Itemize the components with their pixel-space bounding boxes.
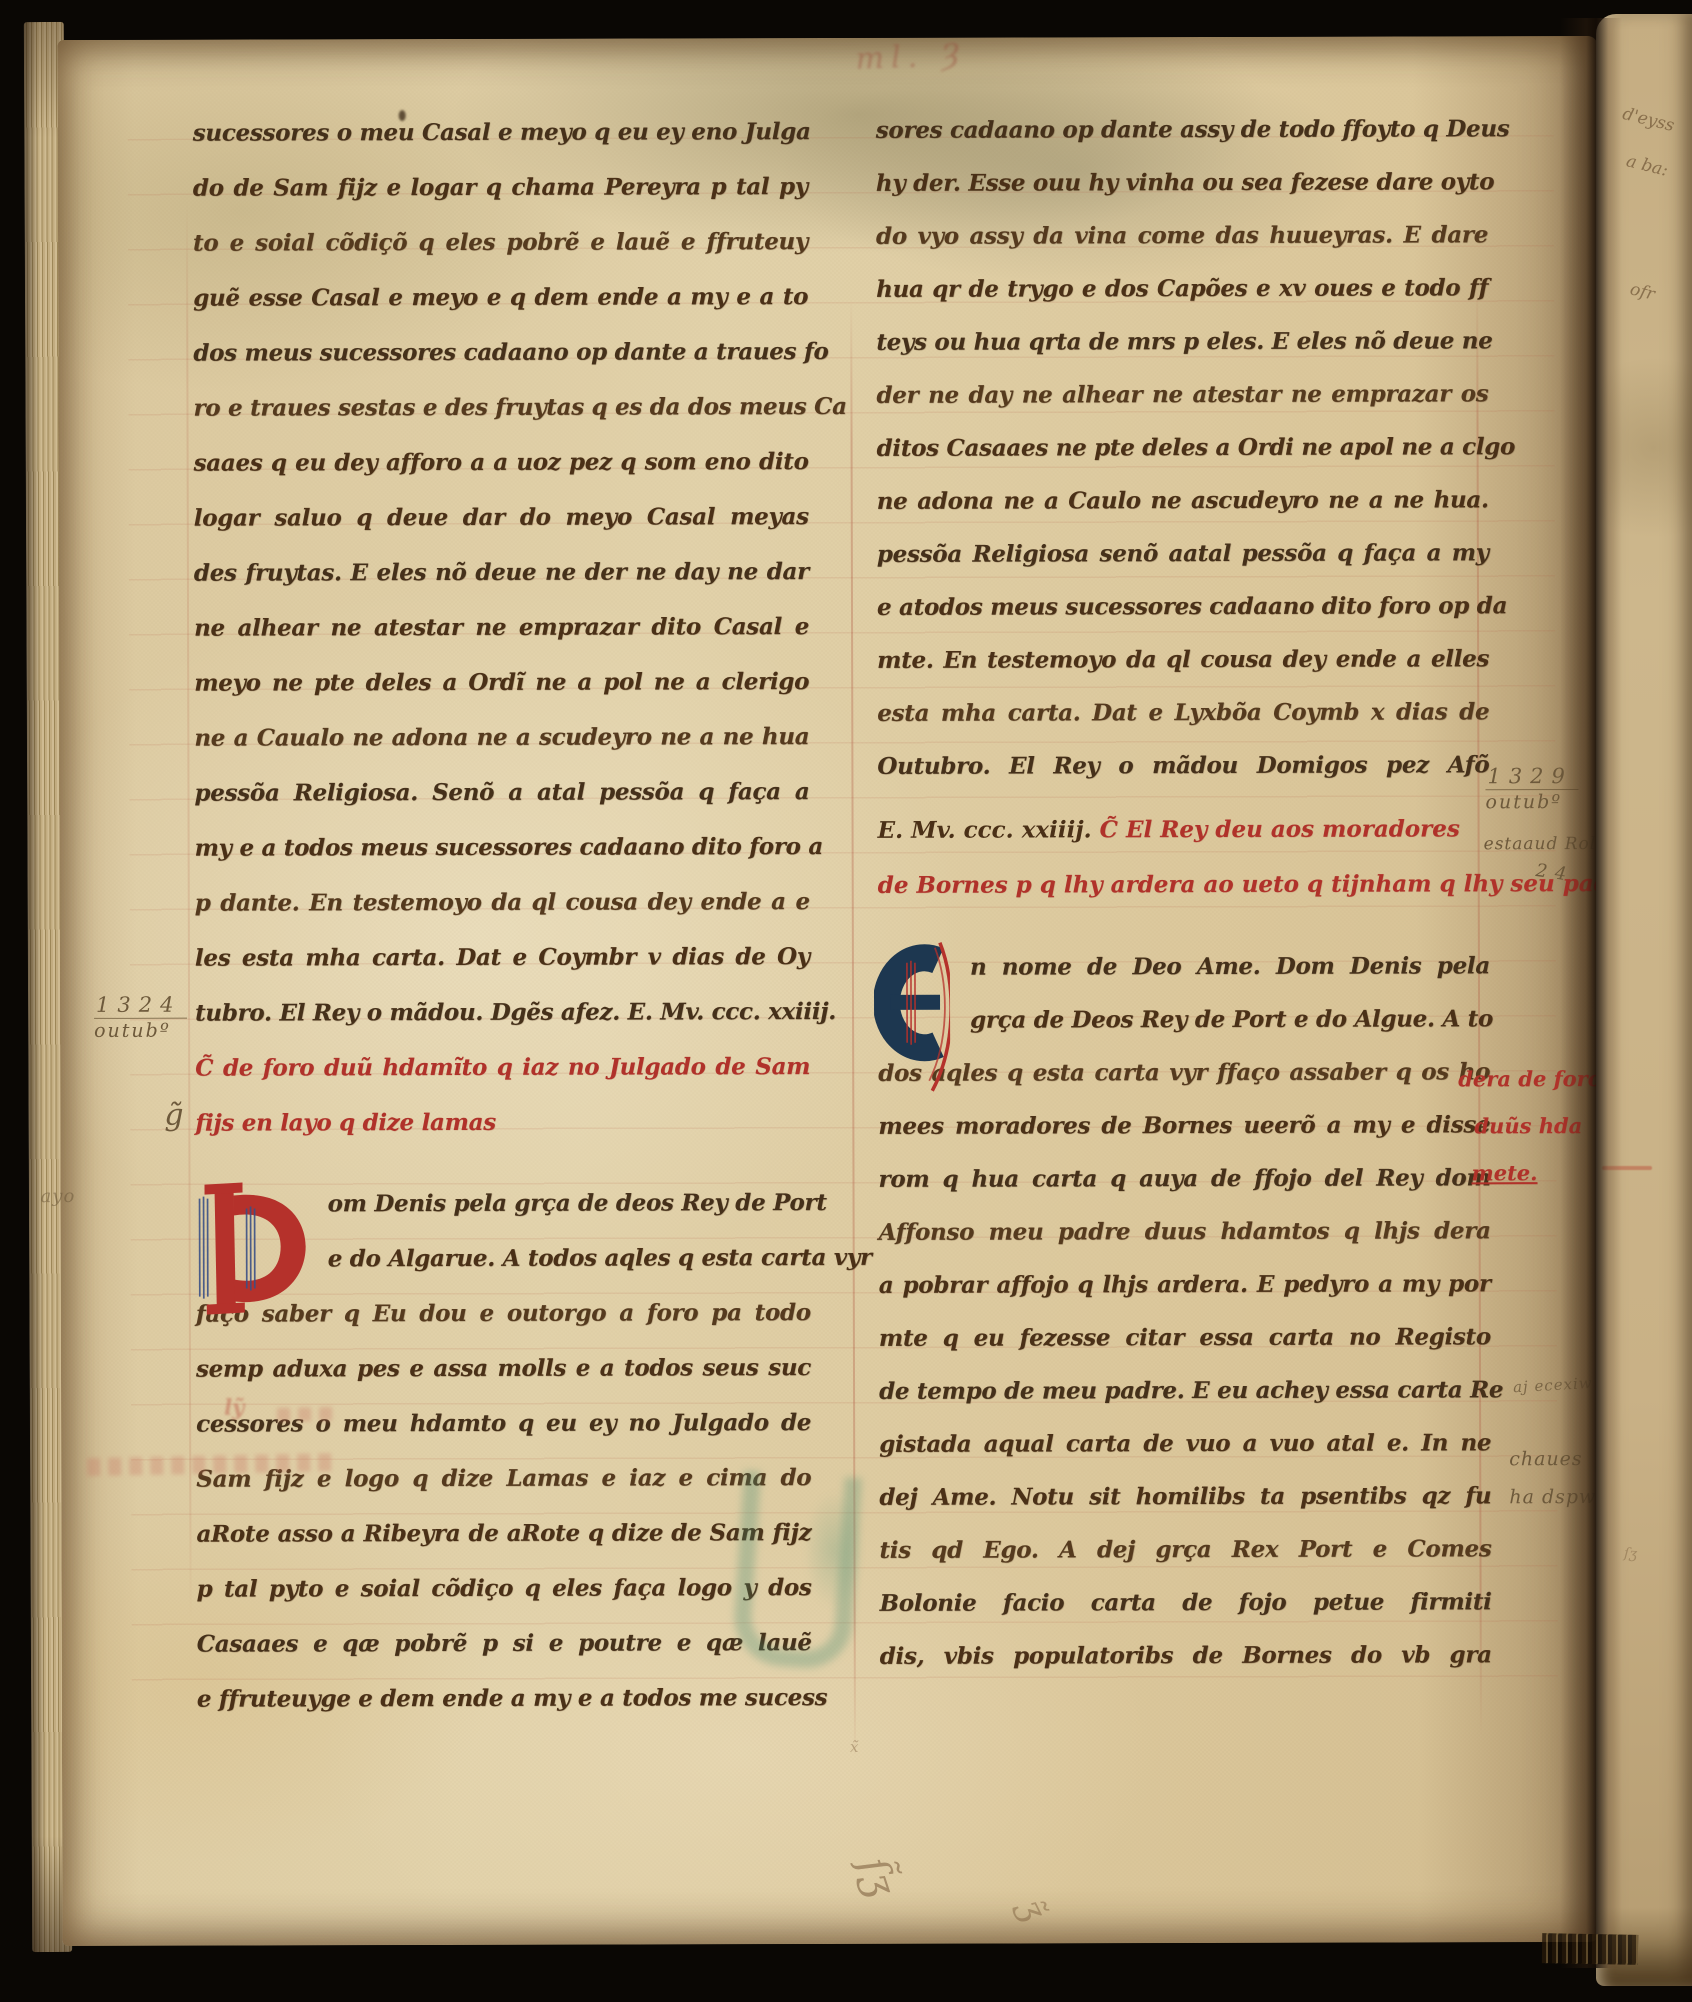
next-folio-edge: d'eyss a ba: ofr ſʒ bbox=[1596, 14, 1692, 1986]
number-note: 2 4 bbox=[1534, 860, 1568, 885]
ruling-vertical-left bbox=[186, 200, 192, 1620]
text-line: om Denis pela grça de deos Rey de Port bbox=[195, 1177, 810, 1234]
chaues-note-line1: chaues bbox=[1509, 1448, 1582, 1470]
text-line: guẽ esse Casal e meyo e q dem ende a my … bbox=[193, 271, 808, 328]
text-line: sores cadaano op dante assy de todo ffoy… bbox=[876, 104, 1488, 159]
month-note-outubro: outubº bbox=[94, 1020, 188, 1042]
text-line: n nome de Deo Ame. Dom Denis pela bbox=[878, 941, 1490, 996]
era-date-text: E. Mv. ccc. xxiiij. bbox=[878, 816, 1100, 844]
text-line: ne adona ne a Caulo ne ascudeyro ne a ne… bbox=[877, 475, 1489, 530]
left-column: sucessores o meu Casal e meyo q eu ey en… bbox=[193, 106, 812, 1729]
rubric-start-text: C̃ El Rey deu aos moradores bbox=[1100, 815, 1460, 843]
rubric-margin-line-1: dera de foro bbox=[1458, 1066, 1602, 1091]
roll-note: estaaud Rol bbox=[1484, 834, 1597, 854]
folio-tiny-scribble: ſʒ bbox=[1623, 1546, 1637, 1563]
text-line: do de Sam fijz e logar q chama Pereyra p… bbox=[193, 161, 808, 218]
text-line: e ffruteuyge e dem ende a my e a todos m… bbox=[197, 1672, 812, 1729]
text-line: mte. En testemoyo da ql cousa dey ende a… bbox=[877, 634, 1489, 689]
rubric-margin-line-3: mete. bbox=[1471, 1160, 1537, 1185]
month-note-outubro-2: outubº bbox=[1485, 791, 1579, 813]
bottom-page-edges bbox=[1542, 1933, 1639, 1965]
text-line: e do Algarue. A todos aqles q esta carta… bbox=[196, 1232, 811, 1289]
text-line: ne alhear ne atestar ne emprazar dito Ca… bbox=[194, 601, 809, 658]
text-line: pessõa Religiosa senõ aatal pessõa q faç… bbox=[877, 528, 1489, 583]
text-line: ro e traues sestas e des fruytas q es da… bbox=[193, 381, 808, 438]
chaues-note-line2: ha dspw bbox=[1509, 1486, 1596, 1508]
text-line: des fruytas. E eles nõ deue ne der ne da… bbox=[194, 546, 809, 603]
text-line: saaes q eu dey afforo a a uoz pez q som … bbox=[194, 436, 809, 493]
text-line: ne a Caualo ne adona ne a scudeyro ne a … bbox=[194, 711, 809, 768]
text-line: to e soial cõdiçõ q eles pobrẽ e lauẽ e … bbox=[193, 216, 808, 273]
text-line: pessõa Religiosa. Senõ a atal pessõa q f… bbox=[194, 766, 809, 823]
text-line: hy der. Esse ouu hy vinha ou sea fezese … bbox=[876, 157, 1488, 212]
rubric-margin-line-2: duũs hda bbox=[1474, 1113, 1582, 1138]
text-line: sucessores o meu Casal e meyo q eu ey en… bbox=[193, 106, 808, 163]
text-line: dos meus sucessores cadaano op dante a t… bbox=[193, 326, 808, 383]
text-line: do vyo assy da vina come das huueyras. E… bbox=[876, 210, 1488, 265]
text-line: tubro. El Rey o mãdou. Dgẽs afez. E. Mv.… bbox=[195, 986, 810, 1043]
manuscript-page: ml. Ȝ sucessores o meu Casal e meyo q eu… bbox=[58, 36, 1603, 1946]
red-showthrough-note: lỹ bbox=[224, 1395, 244, 1420]
bottom-scribble-2: ʒ̃ bbox=[1010, 1892, 1054, 1927]
archivist-date-left: 1324 outubº bbox=[94, 993, 188, 1042]
text-line: cessores o meu hdamto q eu ey no Julgado… bbox=[196, 1397, 811, 1454]
left-column-text-block-2: om Denis pela grça de deos Rey de Porte … bbox=[195, 1177, 811, 1729]
text-line: dis, vbis populatoribs de Bornes do vb g… bbox=[880, 1630, 1492, 1685]
right-column: sores cadaano op dante assy de todo ffoy… bbox=[876, 104, 1492, 1685]
text-line: my e a todos meus sucessores cadaano dit… bbox=[195, 821, 810, 878]
rubric-overflow-line: de Bornes p q lhy ardera ao ueto q tijnh… bbox=[878, 858, 1490, 915]
faded-header-inscription: ml. Ȝ bbox=[855, 38, 967, 77]
text-line: Bolonie facio carta de fojo petue firmit… bbox=[880, 1577, 1492, 1632]
text-line: mte q eu fezesse citar essa carta no Reg… bbox=[879, 1312, 1491, 1367]
manuscript-photo: ml. Ȝ sucessores o meu Casal e meyo q eu… bbox=[0, 0, 1692, 2002]
text-line: Casaaes e qæ pobrẽ p si e poutre e qæ la… bbox=[197, 1617, 812, 1674]
text-line: grça de Deos Rey de Port e do Algue. A t… bbox=[878, 994, 1490, 1049]
left-column-text-block-1: sucessores o meu Casal e meyo q eu ey en… bbox=[193, 106, 810, 1043]
text-line: gistada aqual carta de vuo a vuo atal e.… bbox=[879, 1418, 1491, 1473]
text-line: mees moradores de Bornes ueerõ a my e di… bbox=[878, 1100, 1490, 1155]
folio-red-mark bbox=[1602, 1166, 1652, 1170]
text-line: ditos Casaaes ne pte deles a Ordi ne apo… bbox=[877, 422, 1489, 477]
text-line: der ne day ne alhear ne atestar ne empra… bbox=[876, 369, 1488, 424]
text-line: aRote asso a Ribeyra de aRote q dize de … bbox=[196, 1507, 811, 1564]
text-line: meyo ne pte deles a Ordĩ ne a pol ne a c… bbox=[194, 656, 809, 713]
tiny-x-mark: x̃ bbox=[850, 1738, 859, 1756]
left-column-rubric: C̃ de foro duũ hdamĩto q iaz no Julgado … bbox=[195, 1041, 810, 1153]
text-line: de tempo de meu padre. E eu achey essa c… bbox=[879, 1365, 1491, 1420]
text-line: C̃ de foro duũ hdamĩto q iaz no Julgado … bbox=[195, 1041, 810, 1098]
text-line: semp aduxa pes e assa molls e a todos se… bbox=[196, 1342, 811, 1399]
left-edge-note: ayo bbox=[41, 1186, 76, 1207]
text-line: faço saber q Eu dou e outorgo a foro pa … bbox=[196, 1287, 811, 1344]
text-line: hua qr de trygo e dos Capões e xv oues e… bbox=[876, 263, 1488, 318]
era-date-line: E. Mv. ccc. xxiiij. C̃ El Rey deu aos mo… bbox=[878, 803, 1490, 860]
text-line: p tal pyto e soial cõdiço q eles faça lo… bbox=[196, 1562, 811, 1619]
paragraph-mark: g̃ bbox=[164, 1098, 184, 1133]
archivist-date-right: 1329 outubº bbox=[1485, 764, 1579, 813]
text-line: logar saluo q deue dar do meyo Casal mey… bbox=[194, 491, 809, 548]
text-line: a pobrar affojo q lhjs ardera. E pedyro … bbox=[879, 1259, 1491, 1314]
green-stain-wisp bbox=[803, 1490, 863, 1610]
folio-corner-note-3: ofr bbox=[1628, 279, 1657, 304]
text-line: fijs en layo q dize lamas bbox=[195, 1096, 810, 1153]
year-note-1329: 1329 bbox=[1485, 764, 1579, 790]
right-column-text-block-1: sores cadaano op dante assy de todo ffoy… bbox=[876, 104, 1490, 795]
text-line: tis qd Ego. A dej grça Rex Port e Comes bbox=[879, 1524, 1491, 1579]
text-line: Affonso meu padre duus hdamtos q lhjs de… bbox=[879, 1206, 1491, 1261]
pink-showthrough-small bbox=[277, 1407, 335, 1422]
era-margin-note: aj ecexiw bbox=[1513, 1374, 1593, 1396]
text-line: esta mha carta. Dat e Lyxbõa Coymb x dia… bbox=[877, 687, 1489, 742]
bottom-scribble-1: ſ̃ʒ bbox=[849, 1852, 904, 1902]
folio-corner-note-2: a ba: bbox=[1624, 151, 1670, 181]
right-column-text-block-2: n nome de Deo Ame. Dom Denis pelagrça de… bbox=[878, 941, 1492, 1685]
text-line: rom q hua carta q auya de ffojo del Rey … bbox=[878, 1153, 1490, 1208]
year-note-1324: 1324 bbox=[94, 993, 188, 1019]
text-line: les esta mha carta. Dat e Coymbr v dias … bbox=[195, 931, 810, 988]
text-line: p dante. En testemoyo da ql cousa dey en… bbox=[195, 876, 810, 933]
text-line: e atodos meus sucessores cadaano dito fo… bbox=[877, 581, 1489, 636]
text-line: teys ou hua qrta de mrs p eles. E eles n… bbox=[876, 316, 1488, 371]
text-line: Outubro. El Rey o mãdou Domigos pez Afõ bbox=[877, 740, 1489, 795]
folio-corner-note-1: d'eyss bbox=[1620, 104, 1676, 136]
text-line: dej Ame. Notu sit homilibs ta psentibs q… bbox=[879, 1471, 1491, 1526]
text-line: dos aqles q esta carta vyr ffaço assaber… bbox=[878, 1047, 1490, 1102]
